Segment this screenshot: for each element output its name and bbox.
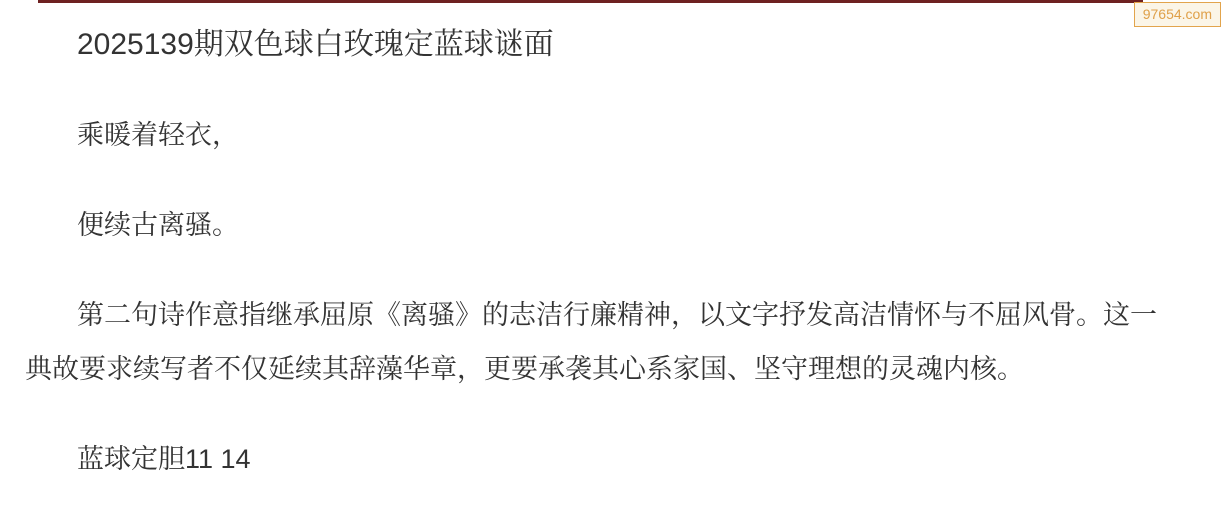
article-body: 2025139期双色球白玫瑰定蓝球谜面 乘暖着轻衣，便续古离骚。第二句诗作意指继… [0,0,1225,486]
paragraph-line: 典故要求续写者不仅延续其辞藻华章，更要承袭其心系家国、坚守理想的灵魂内核。 [25,342,1165,396]
site-watermark: 97654.com [1134,2,1221,27]
paragraph: 便续古离骚。 [25,198,1165,252]
paragraph: 蓝球定胆11 14 [25,432,1165,486]
article-title: 2025139期双色球白玫瑰定蓝球谜面 [25,18,1165,72]
paragraph: 乘暖着轻衣， [25,108,1165,162]
paragraph-line: 乘暖着轻衣， [25,108,1165,162]
article-paragraphs: 乘暖着轻衣，便续古离骚。第二句诗作意指继承屈原《离骚》的志洁行廉精神，以文字抒发… [25,108,1165,486]
paragraph-line: 第二句诗作意指继承屈原《离骚》的志洁行廉精神，以文字抒发高洁情怀与不屈风骨。这一 [25,288,1165,342]
paragraph: 第二句诗作意指继承屈原《离骚》的志洁行廉精神，以文字抒发高洁情怀与不屈风骨。这一… [25,288,1165,396]
paragraph-line: 便续古离骚。 [25,198,1165,252]
paragraph-line: 蓝球定胆11 14 [25,432,1165,486]
top-border-line [38,0,1143,3]
